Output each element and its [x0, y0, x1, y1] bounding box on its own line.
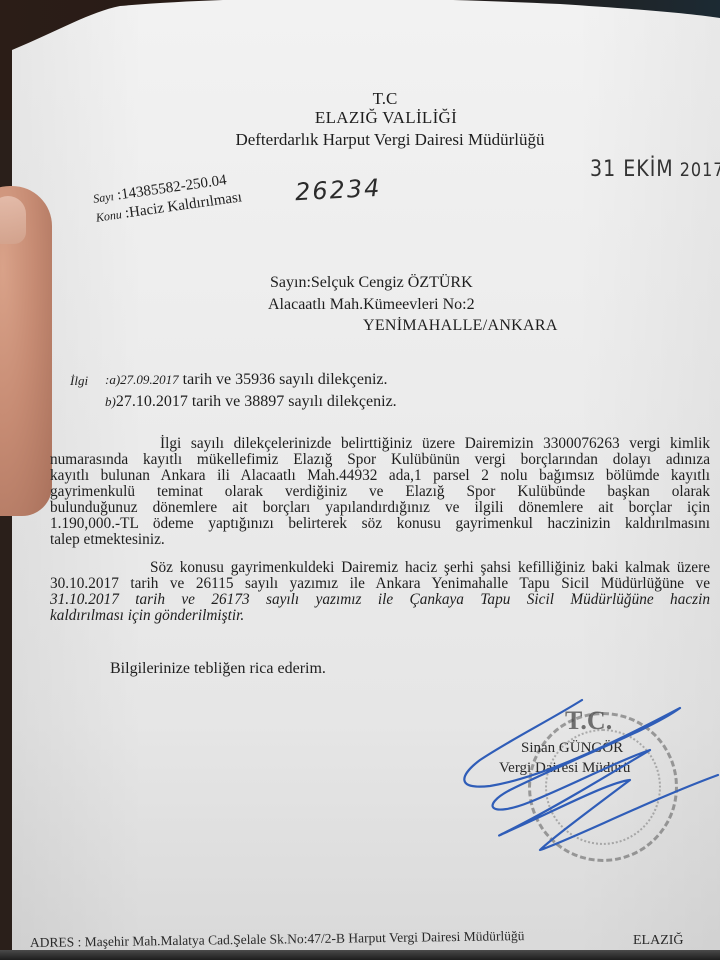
- addressee-city: YENİMAHALLE/ANKARA: [363, 317, 558, 335]
- footer-city: ELAZIĞ: [633, 933, 684, 949]
- addressee-street: Alacaatlı Mah.Kümeevleri No:2: [268, 296, 475, 314]
- ilgi-label: İlgi: [70, 373, 88, 389]
- paragraph-line: gayrimenkulü teminat olarak verdiğiniz v…: [50, 484, 710, 500]
- paragraph-line: kayıtlı bulunan Ankara ili Alacaatlı Mah…: [50, 468, 710, 484]
- body-paragraph-1: İlgi sayılı dilekçelerinizde belirttiğin…: [50, 436, 710, 548]
- handwritten-number: 26234: [294, 174, 382, 206]
- paragraph-line: 31.10.2017 tarih ve 26173 sayılı yazımız…: [50, 592, 710, 608]
- paragraph-line: bulunduğunuz dönemlere ait borçları yapı…: [50, 500, 710, 516]
- date-month: EKİM: [623, 156, 673, 181]
- ilgi-item-a: :a)27.09.2017 tarih ve 35936 sayılı dile…: [105, 371, 388, 389]
- paragraph-line: 30.10.2017 tarih ve 26115 sayılı yazımız…: [50, 576, 710, 592]
- paragraph-line: Söz konusu gayrimenkuldeki Dairemiz haci…: [50, 560, 710, 576]
- sayi-label: Sayı: [92, 189, 114, 206]
- bottom-edge: [0, 950, 720, 960]
- paragraph-line: kaldırılması için gönderilmiştir.: [50, 608, 710, 624]
- header-department: Defterdarlık Harput Vergi Dairesi Müdürl…: [0, 130, 720, 150]
- header-governorship: ELAZIĞ VALİLİĞİ: [0, 108, 720, 128]
- header-country: T.C: [0, 89, 720, 109]
- date-day: 31: [590, 156, 616, 181]
- date-year: 2017: [680, 159, 720, 181]
- paragraph-line: 1.190,000.-TL ödeme yaptığınızı belirter…: [50, 516, 710, 532]
- body-paragraph-2: Söz konusu gayrimenkuldeki Dairemiz haci…: [50, 560, 710, 624]
- date-stamp: 31 EKİM2017: [590, 156, 720, 181]
- paragraph-line: İlgi sayılı dilekçelerinizde belirttiğin…: [50, 436, 710, 452]
- konu-label: Konu: [95, 207, 123, 224]
- closing-text: Bilgilerinize tebliğen rica ederim.: [110, 660, 326, 678]
- ilgi-item-b: b)27.10.2017 tarih ve 38897 sayılı dilek…: [105, 393, 397, 411]
- paragraph-line: talep etmektesiniz.: [50, 532, 710, 548]
- thumb-nail: [0, 196, 26, 244]
- paragraph-line: numarasında kayıtlı mükellefimiz Elazığ …: [50, 452, 710, 468]
- handwritten-signature: [450, 690, 720, 880]
- addressee-name: Sayın:Selçuk Cengiz ÖZTÜRK: [270, 274, 473, 292]
